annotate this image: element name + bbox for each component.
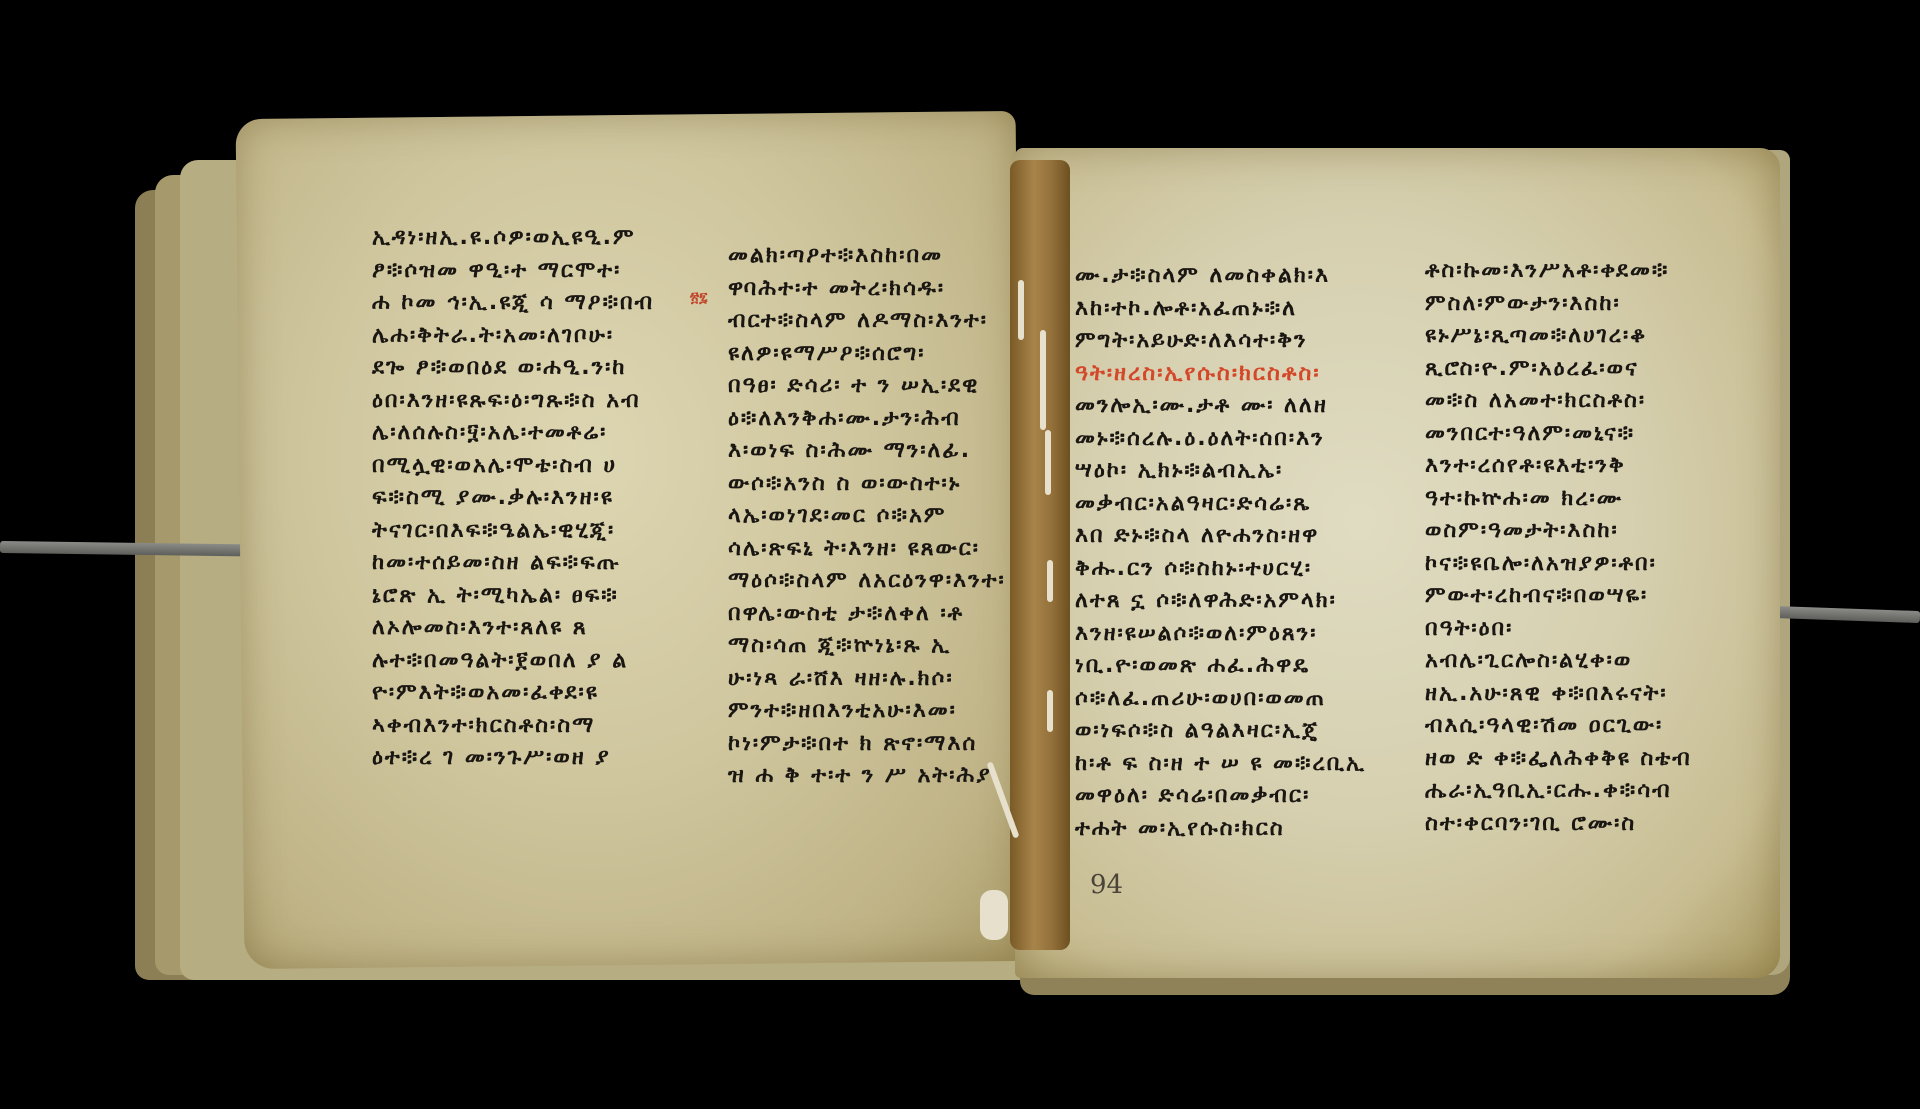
marginal-note: ፳፯ <box>690 290 708 306</box>
binding-thread <box>1018 280 1024 340</box>
binding-thread <box>1040 330 1046 430</box>
left-page-column-1: ኢዳነ፡ዘኢ.ዩ.ሶዎ፡ወኢዩዒ.ም ፆ፨ሶዝመ ዋዒ፡ተ ማርሞተ፡ ሐ ኮመ… <box>372 222 654 775</box>
folio-number: 94 <box>1090 870 1123 900</box>
right-page-column-2: ቶስ፡ኩመ፡እንሥአቶ፡ቀደመ፨ ምስለ፡ምውታን፡እስከ፡ ዩኑሥኔ፡ጺጣመ፨… <box>1425 255 1692 840</box>
manuscript-photo: ኢዳነ፡ዘኢ.ዩ.ሶዎ፡ወኢዩዒ.ም ፆ፨ሶዝመ ዋዒ፡ተ ማርሞተ፡ ሐ ኮመ… <box>0 0 1920 1109</box>
spine-gutter <box>1010 160 1070 950</box>
binding-thread <box>1047 690 1053 732</box>
binding-thread <box>1045 430 1051 495</box>
left-page-column-2: መልክ፡ጣዖተ፨እስከ፡በመ ዋባሕተ፡ተ መትረ፡ክሳዱ፡ ብርተ፨ስላም ለ… <box>728 240 1006 793</box>
right-page-column-1: ሙ.ታ፨ስላም ለመስቀልክ፡እ እከ፡ተኮ.ሎቶ፡አፈጠኑ፨ለ ምግት፡አይሁ… <box>1075 260 1366 845</box>
binding-thread <box>1047 560 1053 602</box>
binding-knot <box>980 890 1008 940</box>
